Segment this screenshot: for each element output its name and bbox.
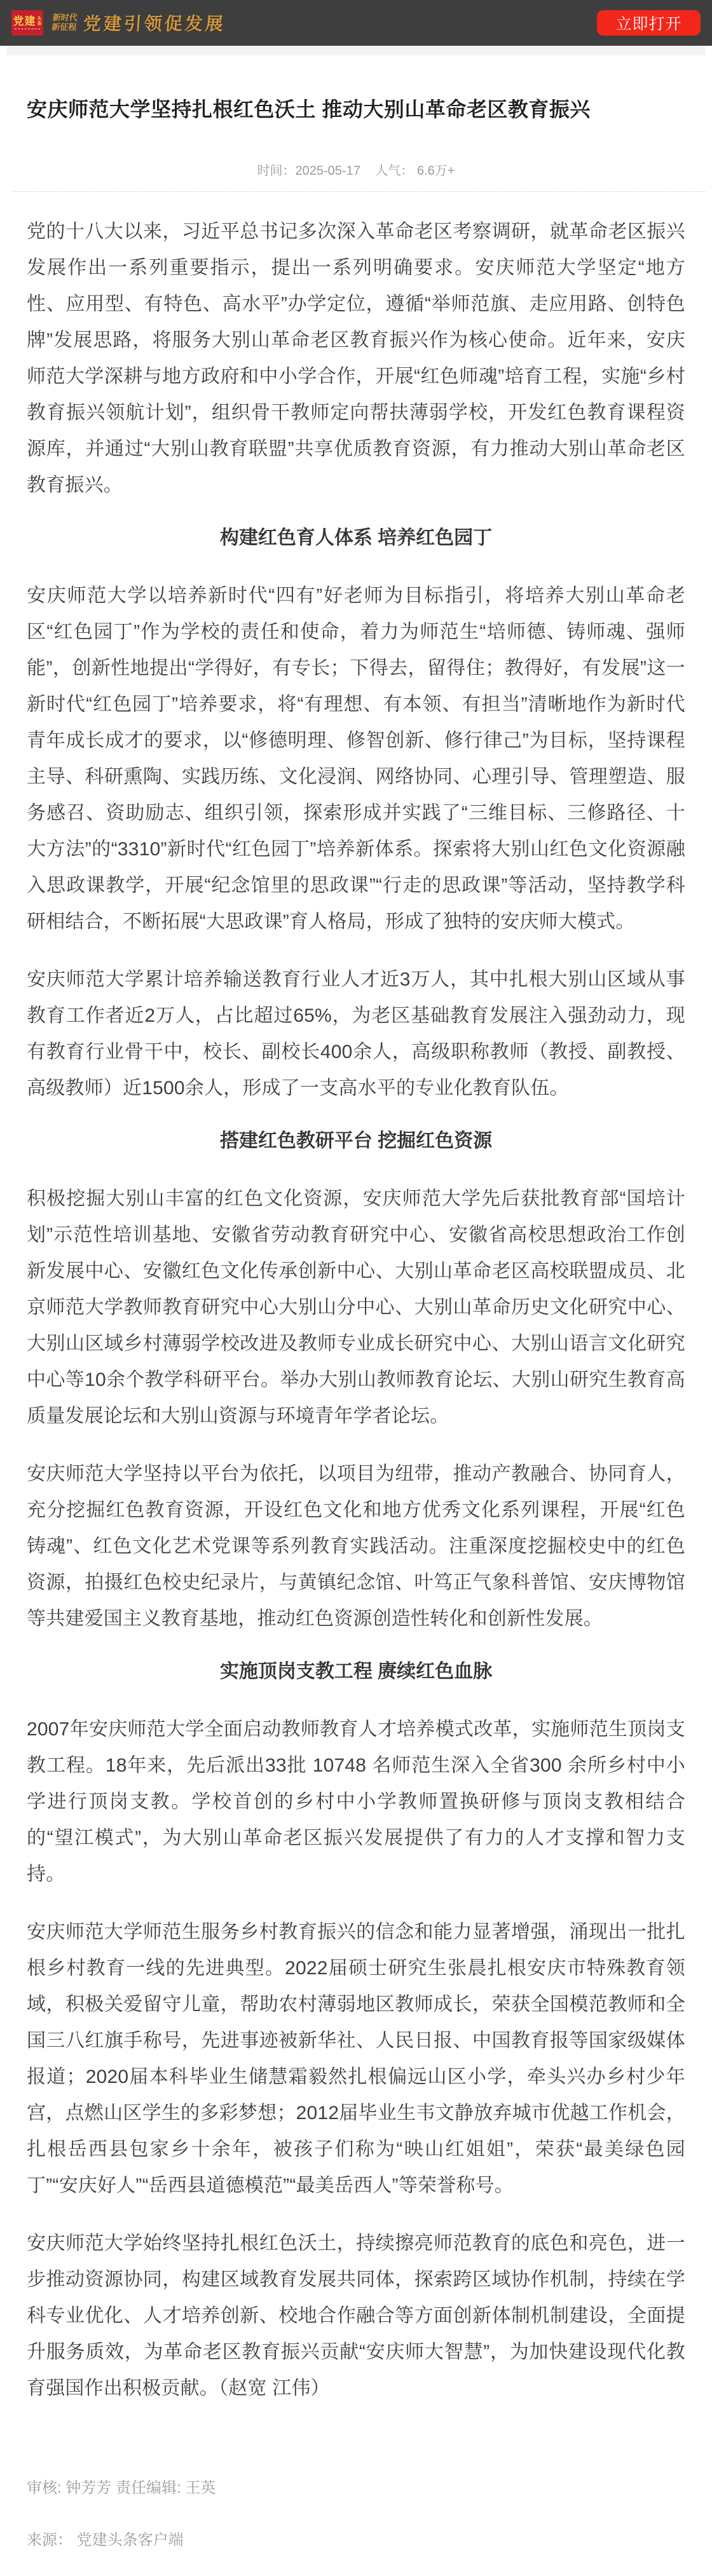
- logo-text: 党建 头 条: [13, 16, 42, 27]
- article-meta: 时间：2025-05-17 人气： 6.6万+: [27, 160, 685, 179]
- app-logo: 党建 头 条: [11, 10, 43, 36]
- open-app-button[interactable]: 立即打开: [597, 10, 701, 36]
- meta-views: 人气： 6.6万+: [375, 164, 455, 178]
- meta-time: 时间：2025-05-17: [257, 164, 360, 178]
- logo-divider: [15, 29, 40, 29]
- article-paragraph: 安庆师范大学坚持以平台为依托，以项目为纽带，推动产教融合、协同育人，充分挖掘红色…: [27, 1456, 685, 1637]
- meta-divider: [13, 191, 706, 192]
- article-paragraph: 安庆师范大学累计培养输送教育行业人才近3万人，其中扎根大别山区域从事教育工作者近…: [27, 961, 685, 1106]
- footer-source: 来源： 党建头条客户端: [27, 2530, 685, 2551]
- banner-slogan: 新时代 新征程 党建引领促发展: [52, 10, 226, 36]
- article-paragraph: 党的十八大以来，习近平总书记多次深入革命老区考察调研，就革命老区振兴发展作出一系…: [27, 214, 685, 503]
- section-heading: 搭建红色教研平台 挖掘红色资源: [27, 1123, 685, 1159]
- article-body: 安庆师范大学坚持扎根红色沃土 推动大别山革命老区教育振兴 时间：2025-05-…: [0, 96, 712, 2406]
- logo-text-main: 党建: [13, 16, 36, 27]
- sub-banner-strip: [6, 46, 706, 55]
- article-footer: 审核: 钟芳芳 责任编辑: 王英 来源： 党建头条客户端: [0, 2478, 712, 2576]
- section-heading: 实施顶岗支教工程 赓续红色血脉: [27, 1653, 685, 1690]
- slogan-small-text: 新时代 新征程: [51, 13, 78, 32]
- article-title: 安庆师范大学坚持扎根红色沃土 推动大别山革命老区教育振兴: [27, 96, 685, 123]
- article-paragraph: 安庆师范大学始终坚持扎根红色沃土，持续擦亮师范教育的底色和亮色，进一步推动资源协…: [27, 2225, 685, 2406]
- section-heading: 构建红色育人体系 培养红色园丁: [27, 520, 685, 556]
- article-paragraph: 2007年安庆师范大学全面启动教师教育人才培养模式改革，实施师范生顶岗支教工程。…: [27, 1711, 685, 1892]
- article-paragraph: 安庆师范大学师范生服务乡村教育振兴的信念和能力显著增强，涌现出一批扎根乡村教育一…: [27, 1914, 685, 2204]
- logo-text-sub: 头 条: [38, 17, 42, 26]
- article-paragraph: 安庆师范大学以培养新时代“四有”好老师为目标指引，将培养大别山革命老区“红色园丁…: [27, 578, 685, 940]
- footer-review: 审核: 钟芳芳 责任编辑: 王英: [27, 2478, 685, 2499]
- slogan-large-text: 党建引领促发展: [83, 10, 227, 36]
- article-paragraph: 积极挖掘大别山丰富的红色文化资源，安庆师范大学先后获批教育部“国培计划”示范性培…: [27, 1181, 685, 1434]
- app-banner: 党建 头 条 新时代 新征程 党建引领促发展 立即打开: [0, 0, 712, 46]
